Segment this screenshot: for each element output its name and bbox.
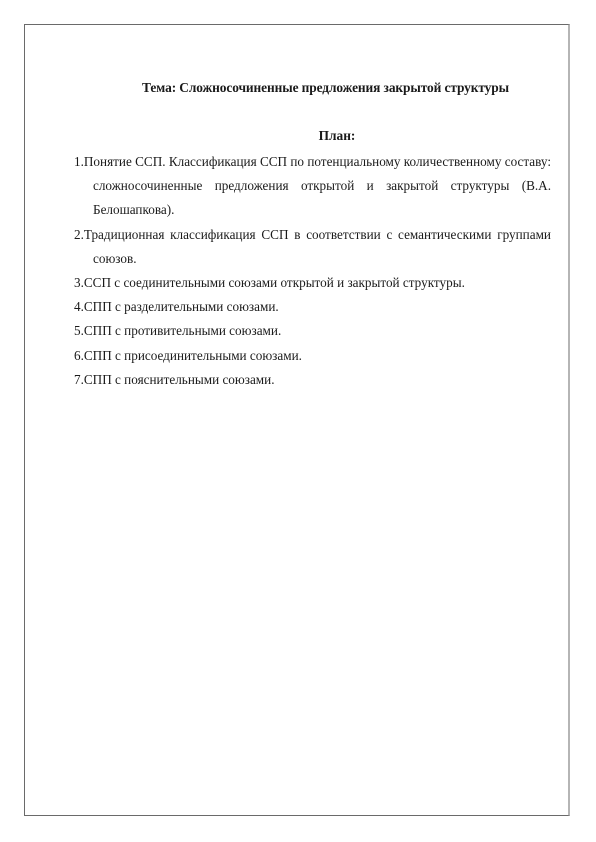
- plan-item-text: СПП с противительными союзами.: [84, 323, 281, 338]
- plan-heading: План:: [0, 128, 596, 144]
- plan-item: 3.ССП с соединительными союзами открытой…: [74, 271, 551, 295]
- plan-list: 1.Понятие ССП. Классификация ССП по поте…: [74, 150, 551, 392]
- plan-item-number: 5.: [74, 323, 84, 338]
- document-title: Тема: Сложносочиненные предложения закры…: [142, 80, 509, 96]
- plan-item: 6.СПП с присоединительными союзами.: [74, 344, 551, 368]
- plan-item: 2.Традиционная классификация ССП в соотв…: [74, 223, 551, 271]
- plan-item-text: ССП с соединительными союзами открытой и…: [84, 275, 465, 290]
- plan-item-text: СПП с присоединительными союзами.: [84, 348, 302, 363]
- plan-item: 7.СПП с пояснительными союзами.: [74, 368, 551, 392]
- plan-item-number: 4.: [74, 299, 84, 314]
- plan-item: 1.Понятие ССП. Классификация ССП по поте…: [74, 150, 551, 223]
- plan-item: 4.СПП с разделительными союзами.: [74, 295, 551, 319]
- plan-item-text: СПП с пояснительными союзами.: [84, 372, 275, 387]
- plan-item-number: 1.: [74, 154, 84, 169]
- plan-item-text: Понятие ССП. Классификация ССП по потенц…: [84, 154, 551, 217]
- plan-item-text: Традиционная классификация ССП в соответ…: [84, 227, 551, 266]
- plan-item-text: СПП с разделительными союзами.: [84, 299, 279, 314]
- plan-item-number: 3.: [74, 275, 84, 290]
- plan-item-number: 2.: [74, 227, 84, 242]
- plan-item-number: 6.: [74, 348, 84, 363]
- plan-item: 5.СПП с противительными союзами.: [74, 319, 551, 343]
- plan-item-number: 7.: [74, 372, 84, 387]
